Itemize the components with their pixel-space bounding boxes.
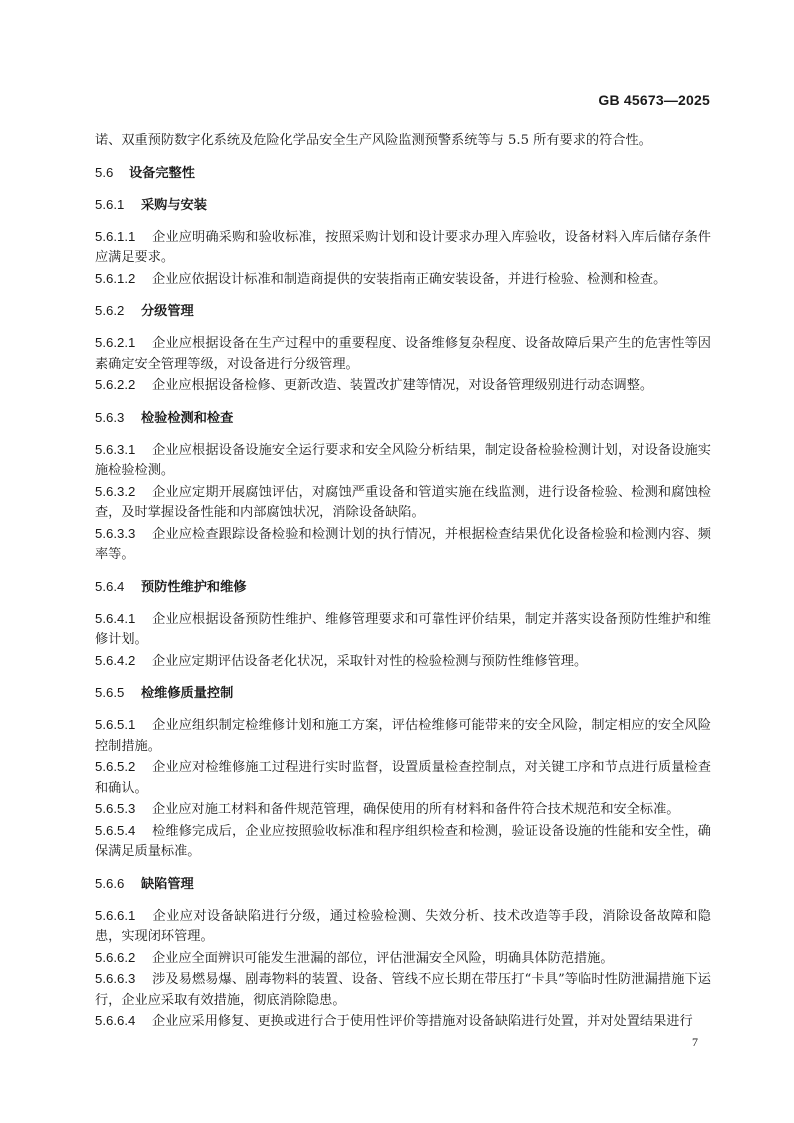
- clause-number: 5.6.5.1: [95, 715, 152, 736]
- clause-5-6-5-2: 5.6.5.2企业应对检维修施工过程进行实时监督，设置质量检查控制点，对关键工序…: [95, 757, 711, 799]
- clause-number: 5.6.6.2: [95, 948, 152, 969]
- clause-number: 5.6.2.1: [95, 333, 152, 354]
- clause-text: 企业应全面辨识可能发生泄漏的部位，评估泄漏安全风险，明确具体防范措施。: [152, 951, 614, 966]
- clause-5-6-3-2: 5.6.3.2企业应定期开展腐蚀评估，对腐蚀严重设备和管道实施在线监测，进行设备…: [95, 482, 711, 524]
- subsection-heading-5-6-1: 5.6.1采购与安装: [95, 195, 711, 216]
- subsection-number: 5.6.3: [95, 408, 141, 428]
- clause-5-6-2-2: 5.6.2.2企业应根据设备检修、更新改造、装置改扩建等情况，对设备管理级别进行…: [95, 375, 711, 397]
- clause-text: 企业应根据设备预防性维护、维修管理要求和可靠性评价结果，制定并落实设备预防性维护…: [95, 612, 711, 648]
- clause-5-6-6-2: 5.6.6.2企业应全面辨识可能发生泄漏的部位，评估泄漏安全风险，明确具体防范措…: [95, 948, 711, 970]
- subsection-title: 分级管理: [141, 304, 194, 319]
- standard-id-header: GB 45673—2025: [598, 92, 710, 108]
- clause-5-6-3-3: 5.6.3.3企业应检查跟踪设备检验和检测计划的执行情况，并根据检查结果优化设备…: [95, 524, 711, 566]
- clause-text: 企业应定期开展腐蚀评估，对腐蚀严重设备和管道实施在线监测，进行设备检验、检测和腐…: [95, 485, 711, 521]
- clause-text: 企业应对施工材料和备件规范管理，确保使用的所有材料和备件符合技术规范和安全标准。: [152, 802, 680, 817]
- clause-text: 企业应依据设计标准和制造商提供的安装指南正确安装设备，并进行检验、检测和检查。: [152, 272, 666, 287]
- subsection-number: 5.6.6: [95, 874, 141, 894]
- clause-number: 5.6.6.3: [95, 969, 152, 990]
- clause-text: 企业应定期评估设备老化状况，采取针对性的检验检测与预防性维修管理。: [152, 654, 587, 669]
- clause-text: 企业应对检维修施工过程进行实时监督，设置质量检查控制点，对关键工序和节点进行质量…: [95, 760, 711, 796]
- clause-number: 5.6.4.2: [95, 651, 152, 672]
- clause-text: 企业应根据设备设施安全运行要求和安全风险分析结果，制定设备检验检测计划，对设备设…: [95, 443, 711, 479]
- section-number: 5.6: [95, 163, 129, 183]
- subsection-number: 5.6.1: [95, 195, 141, 215]
- subsection-heading-5-6-5: 5.6.5检维修质量控制: [95, 683, 711, 704]
- clause-5-6-2-1: 5.6.2.1企业应根据设备在生产过程中的重要程度、设备维修复杂程度、设备故障后…: [95, 333, 711, 375]
- subsection-title: 预防性维护和维修: [141, 580, 247, 595]
- clause-number: 5.6.1.1: [95, 227, 152, 248]
- subsection-heading-5-6-2: 5.6.2分级管理: [95, 301, 711, 322]
- intro-continuation: 诺、双重预防数字化系统及危险化学品安全生产风险监测预警系统等与 5.5 所有要求…: [95, 131, 711, 152]
- page-body: 诺、双重预防数字化系统及危险化学品安全生产风险监测预警系统等与 5.5 所有要求…: [95, 131, 711, 1033]
- subsection-heading-5-6-3: 5.6.3检验检测和检查: [95, 408, 711, 429]
- clause-text: 企业应明确采购和验收标准，按照采购计划和设计要求办理入库验收，设备材料入库后储存…: [95, 230, 711, 266]
- clause-5-6-4-2: 5.6.4.2企业应定期评估设备老化状况，采取针对性的检验检测与预防性维修管理。: [95, 651, 711, 673]
- clause-number: 5.6.2.2: [95, 375, 152, 396]
- clause-text: 企业应检查跟踪设备检验和检测计划的执行情况，并根据检查结果优化设备检验和检测内容…: [95, 527, 711, 563]
- page-number: 7: [692, 1035, 698, 1050]
- clause-number: 5.6.4.1: [95, 609, 152, 630]
- subsection-title: 检验检测和检查: [141, 411, 233, 426]
- subsection-title: 检维修质量控制: [141, 686, 233, 701]
- clause-text: 检维修完成后，企业应按照验收标准和程序组织检查和检测，验证设备设施的性能和安全性…: [95, 824, 711, 860]
- clause-5-6-1-2: 5.6.1.2企业应依据设计标准和制造商提供的安装指南正确安装设备，并进行检验、…: [95, 269, 711, 291]
- clause-text: 企业应组织制定检维修计划和施工方案，评估检维修可能带来的安全风险，制定相应的安全…: [95, 718, 711, 754]
- subsection-title: 缺陷管理: [141, 877, 194, 892]
- clause-5-6-1-1: 5.6.1.1企业应明确采购和验收标准，按照采购计划和设计要求办理入库验收，设备…: [95, 227, 711, 269]
- clause-5-6-3-1: 5.6.3.1企业应根据设备设施安全运行要求和安全风险分析结果，制定设备检验检测…: [95, 440, 711, 482]
- section-heading-5-6: 5.6设备完整性: [95, 163, 711, 184]
- section-title: 设备完整性: [129, 166, 195, 181]
- clause-text: 企业应根据设备检修、更新改造、装置改扩建等情况，对设备管理级别进行动态调整。: [152, 378, 653, 393]
- subsection-number: 5.6.5: [95, 683, 141, 703]
- clause-number: 5.6.3.3: [95, 524, 152, 545]
- clause-5-6-6-4: 5.6.6.4企业应采用修复、更换或进行合于使用性评价等措施对设备缺陷进行处置，…: [95, 1011, 711, 1033]
- clause-5-6-5-3: 5.6.5.3企业应对施工材料和备件规范管理，确保使用的所有材料和备件符合技术规…: [95, 799, 711, 821]
- clause-5-6-5-1: 5.6.5.1企业应组织制定检维修计划和施工方案，评估检维修可能带来的安全风险，…: [95, 715, 711, 757]
- clause-number: 5.6.5.2: [95, 757, 152, 778]
- subsection-title: 采购与安装: [141, 198, 207, 213]
- subsection-number: 5.6.2: [95, 301, 141, 321]
- clause-number: 5.6.5.4: [95, 821, 152, 842]
- clause-text: 涉及易燃易爆、剧毒物料的装置、设备、管线不应长期在带压打“卡具”等临时性防泄漏措…: [95, 972, 711, 1008]
- clause-5-6-6-3: 5.6.6.3涉及易燃易爆、剧毒物料的装置、设备、管线不应长期在带压打“卡具”等…: [95, 969, 711, 1011]
- clause-text: 企业应根据设备在生产过程中的重要程度、设备维修复杂程度、设备故障后果产生的危害性…: [95, 336, 711, 372]
- subsection-heading-5-6-4: 5.6.4预防性维护和维修: [95, 577, 711, 598]
- clause-number: 5.6.6.1: [95, 906, 152, 927]
- clause-5-6-4-1: 5.6.4.1企业应根据设备预防性维护、维修管理要求和可靠性评价结果，制定并落实…: [95, 609, 711, 651]
- clause-text: 企业应采用修复、更换或进行合于使用性评价等措施对设备缺陷进行处置，并对处置结果进…: [152, 1014, 693, 1029]
- clause-number: 5.6.1.2: [95, 269, 152, 290]
- clause-5-6-5-4: 5.6.5.4检维修完成后，企业应按照验收标准和程序组织检查和检测，验证设备设施…: [95, 821, 711, 863]
- subsection-heading-5-6-6: 5.6.6缺陷管理: [95, 874, 711, 895]
- clause-number: 5.6.3.2: [95, 482, 152, 503]
- clause-number: 5.6.5.3: [95, 799, 152, 820]
- clause-5-6-6-1: 5.6.6.1企业应对设备缺陷进行分级，通过检验检测、失效分析、技术改造等手段，…: [95, 906, 711, 948]
- subsection-number: 5.6.4: [95, 577, 141, 597]
- clause-number: 5.6.3.1: [95, 440, 152, 461]
- clause-number: 5.6.6.4: [95, 1011, 152, 1032]
- clause-text: 企业应对设备缺陷进行分级，通过检验检测、失效分析、技术改造等手段，消除设备故障和…: [95, 909, 711, 945]
